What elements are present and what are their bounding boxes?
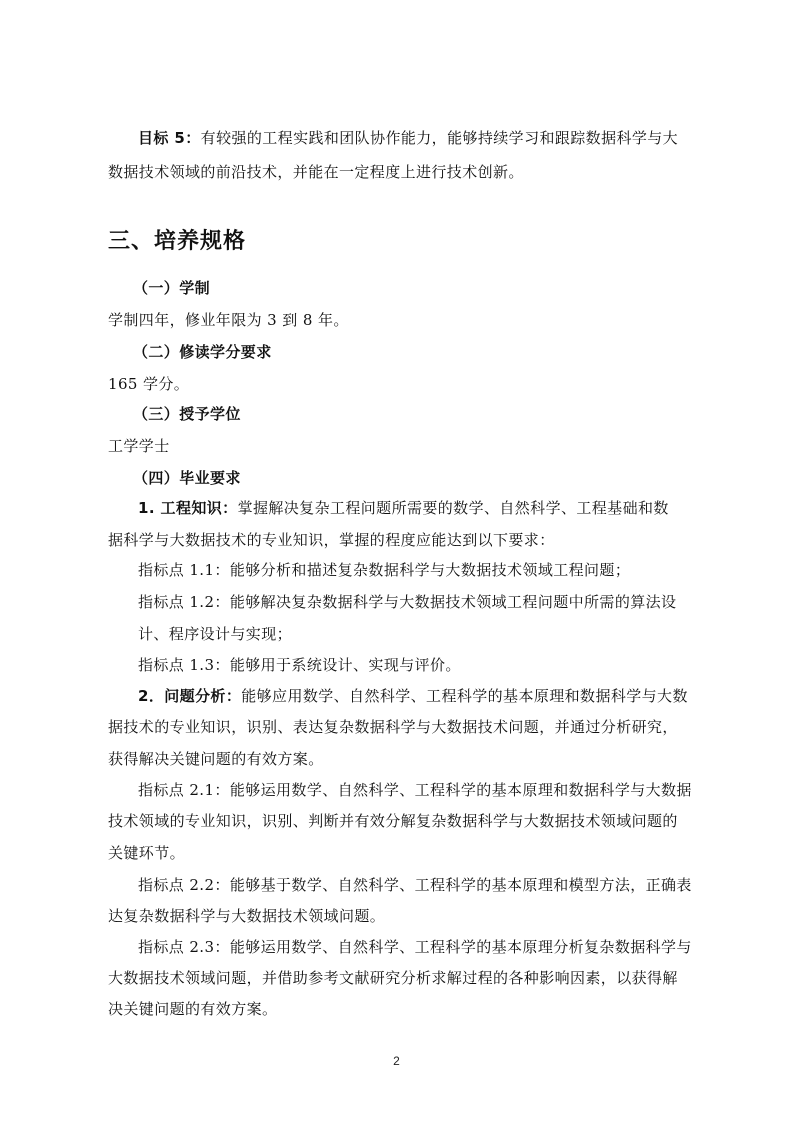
indicator-1-2-line-2: 计、程序设计与实现； — [138, 624, 728, 644]
requirement-2-label: 2．问题分析： — [138, 687, 241, 705]
document-page: 目标 5：有较强的工程实践和团队协作能力，能够持续学习和跟踪数据科学与大 数据技… — [0, 0, 793, 1122]
subsection-title-degree: （三）授予学位 — [133, 404, 723, 424]
indicator-1-3: 指标点 1.3：能够用于系统设计、实现与评价。 — [138, 655, 728, 675]
requirement-2-line-1: 2．问题分析：能够应用数学、自然科学、工程科学的基本原理和数据科学与大数 — [138, 686, 728, 706]
page-number: 2 — [0, 1054, 793, 1068]
indicator-2-2-line-2: 达复杂数据科学与大数据技术领域问题。 — [108, 906, 698, 926]
subsection-title-credits: （二）修读学分要求 — [133, 342, 723, 362]
subsection-body-credits: 165 学分。 — [108, 374, 698, 394]
requirement-1-line-1: 1. 工程知识：掌握解决复杂工程问题所需要的数学、自然科学、工程基础和数 — [138, 498, 728, 518]
indicator-2-2-line-1: 指标点 2.2：能够基于数学、自然科学、工程科学的基本原理和模型方法，正确表 — [138, 875, 728, 895]
subsection-title-graduation: （四）毕业要求 — [133, 468, 723, 488]
indicator-2-1-line-3: 关键环节。 — [108, 843, 698, 863]
requirement-2-text: 能够应用数学、自然科学、工程科学的基本原理和数据科学与大数 — [241, 687, 688, 705]
objective-5-label: 目标 5： — [138, 129, 201, 147]
indicator-2-3-line-3: 决关键问题的有效方案。 — [108, 999, 698, 1019]
subsection-body-degree: 工学学士 — [108, 436, 698, 456]
requirement-1-label: 1. 工程知识： — [138, 499, 238, 517]
requirement-2-line-2: 据技术的专业知识，识别、表达复杂数据科学与大数据技术问题，并通过分析研究， — [108, 717, 698, 737]
requirement-1-line-2: 据科学与大数据技术的专业知识，掌握的程度应能达到以下要求： — [108, 530, 698, 550]
indicator-1-2-line-1: 指标点 1.2：能够解决复杂数据科学与大数据技术领域工程问题中所需的算法设 — [138, 592, 728, 612]
objective-5-text: 有较强的工程实践和团队协作能力，能够持续学习和跟踪数据科学与大 — [201, 129, 678, 147]
requirement-1-text: 掌握解决复杂工程问题所需要的数学、自然科学、工程基础和数 — [238, 499, 669, 517]
subsection-title-duration: （一）学制 — [133, 278, 723, 298]
objective-5-line-2: 数据技术领域的前沿技术，并能在一定程度上进行技术创新。 — [108, 162, 698, 182]
indicator-1-1: 指标点 1.1：能够分析和描述复杂数据科学与大数据技术领域工程问题； — [138, 560, 728, 580]
subsection-body-duration: 学制四年，修业年限为 3 到 8 年。 — [108, 310, 698, 330]
indicator-2-1-line-1: 指标点 2.1：能够运用数学、自然科学、工程科学的基本原理和数据科学与大数据 — [138, 780, 728, 800]
indicator-2-3-line-1: 指标点 2.3：能够运用数学、自然科学、工程科学的基本原理分析复杂数据科学与 — [138, 937, 728, 957]
section-heading: 三、培养规格 — [108, 228, 246, 256]
indicator-2-3-line-2: 大数据技术领域问题，并借助参考文献研究分析求解过程的各种影响因素，以获得解 — [108, 968, 698, 988]
indicator-2-1-line-2: 技术领域的专业知识，识别、判断并有效分解复杂数据科学与大数据技术领域问题的 — [108, 811, 698, 831]
objective-5-line-1: 目标 5：有较强的工程实践和团队协作能力，能够持续学习和跟踪数据科学与大 — [138, 128, 728, 148]
requirement-2-line-3: 获得解决关键问题的有效方案。 — [108, 749, 698, 769]
